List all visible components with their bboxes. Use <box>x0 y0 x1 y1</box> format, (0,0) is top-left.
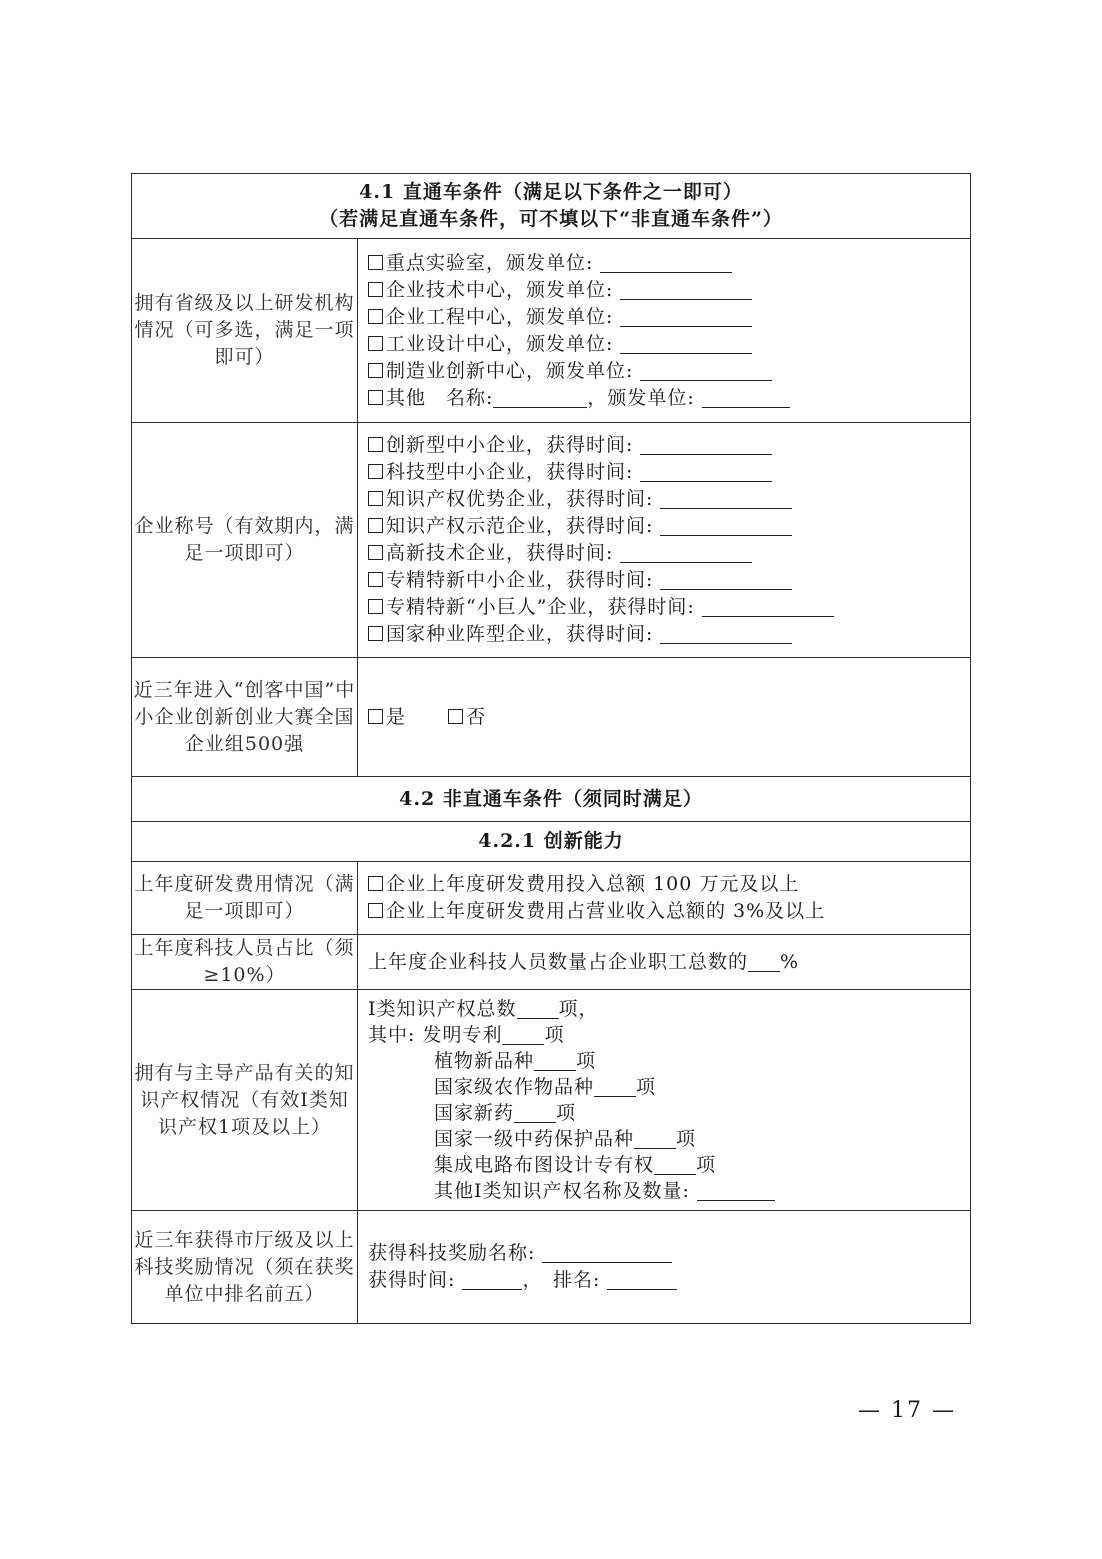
issuer-field[interactable] <box>620 279 752 300</box>
count-field[interactable] <box>502 1024 544 1045</box>
section-421-title: 4.2.1 创新能力 <box>132 822 971 862</box>
ip-item: 植物新品种项 <box>368 1048 970 1074</box>
option-innovation-center: 制造业创新中心，颁发单位: <box>368 358 970 385</box>
contest-row: 近三年进入“创客中国”中小企业创新创业大赛全国企业组500强 是 否 <box>132 658 971 777</box>
tech-staff-row: 上年度科技人员占比（须≥10%） 上年度企业科技人员数量占企业职工总数的% <box>132 935 971 990</box>
checkbox[interactable] <box>368 572 383 587</box>
ip-item: 国家新药项 <box>368 1100 970 1126</box>
staff-percent-field[interactable] <box>748 951 780 972</box>
title-option: 创新型中小企业，获得时间: <box>368 432 970 459</box>
date-field[interactable] <box>660 569 792 590</box>
date-field[interactable] <box>660 623 792 644</box>
contest-options: 是 否 <box>358 658 971 777</box>
rd-institutions-row: 拥有省级及以上研发机构情况（可多选，满足一项即可） 重点实验室，颁发单位: 企业… <box>132 239 971 423</box>
section-41-header: 4.1 直通车条件（满足以下条件之一即可） （若满足直通车条件，可不填以下“非直… <box>132 174 971 239</box>
yes-label: 是 <box>386 706 406 728</box>
date-field[interactable] <box>660 515 792 536</box>
checkbox[interactable] <box>368 255 383 270</box>
rd-expense-label: 上年度研发费用情况（满足一项即可） <box>132 862 358 935</box>
option-key-lab: 重点实验室，颁发单位: <box>368 250 970 277</box>
contest-label: 近三年进入“创客中国”中小企业创新创业大赛全国企业组500强 <box>132 658 358 777</box>
award-time-field[interactable] <box>462 1269 522 1290</box>
checkbox[interactable] <box>368 491 383 506</box>
checkbox[interactable] <box>368 599 383 614</box>
checkbox[interactable] <box>368 626 383 641</box>
title-option: 知识产权示范企业，获得时间: <box>368 513 970 540</box>
awards-content: 获得科技奖励名称: 获得时间: ， 排名: <box>358 1211 971 1324</box>
enterprise-titles-row: 企业称号（有效期内，满足一项即可） 创新型中小企业，获得时间: 科技型中小企业，… <box>132 423 971 658</box>
option-engineering-center: 企业工程中心，颁发单位: <box>368 304 970 331</box>
title-option: 专精特新“小巨人”企业，获得时间: <box>368 594 970 621</box>
date-field[interactable] <box>660 488 792 509</box>
award-name-field[interactable] <box>542 1242 672 1263</box>
section-42-header-row: 4.2 非直通车条件（须同时满足） <box>132 777 971 822</box>
checkbox[interactable] <box>368 390 383 405</box>
date-field[interactable] <box>640 461 772 482</box>
title-option: 国家种业阵型企业，获得时间: <box>368 621 970 648</box>
count-field[interactable] <box>594 1076 636 1097</box>
count-field[interactable] <box>514 1102 556 1123</box>
expense-option: 企业上年度研发费用占营业收入总额的 3%及以上 <box>368 898 970 925</box>
checkbox[interactable] <box>368 363 383 378</box>
section-41-subtitle: （若满足直通车条件，可不填以下“非直通车条件”） <box>132 206 970 233</box>
checkbox[interactable] <box>368 309 383 324</box>
ip-row: 拥有与主导产品有关的知识产权情况（有效Ⅰ类知识产权1项及以上） Ⅰ类知识产权总数… <box>132 990 971 1211</box>
date-field[interactable] <box>620 542 752 563</box>
ip-content: Ⅰ类知识产权总数项， 其中: 发明专利项 植物新品种项 国家级农作物品种项 国家… <box>358 990 971 1211</box>
checkbox[interactable] <box>368 903 383 918</box>
ip-item: 国家一级中药保护品种项 <box>368 1126 970 1152</box>
count-field[interactable] <box>634 1128 676 1149</box>
checkbox[interactable] <box>368 437 383 452</box>
issuer-field[interactable] <box>600 252 732 273</box>
expense-option: 企业上年度研发费用投入总额 100 万元及以上 <box>368 871 970 898</box>
checkbox-no[interactable] <box>448 709 463 724</box>
document-page: 4.1 直通车条件（满足以下条件之一即可） （若满足直通车条件，可不填以下“非直… <box>0 0 1102 1559</box>
tech-staff-label: 上年度科技人员占比（须≥10%） <box>132 935 358 990</box>
enterprise-titles-options: 创新型中小企业，获得时间: 科技型中小企业，获得时间: 知识产权优势企业，获得时… <box>358 423 971 658</box>
section-421-header-row: 4.2.1 创新能力 <box>132 822 971 862</box>
awards-row: 近三年获得市厅级及以上科技奖励情况（须在获奖单位中排名前五） 获得科技奖励名称:… <box>132 1211 971 1324</box>
award-rank-field[interactable] <box>607 1269 677 1290</box>
count-field[interactable] <box>654 1154 696 1175</box>
title-option: 科技型中小企业，获得时间: <box>368 459 970 486</box>
ip-total: Ⅰ类知识产权总数项， <box>368 996 970 1022</box>
checkbox[interactable] <box>368 336 383 351</box>
issuer-field[interactable] <box>620 306 752 327</box>
rd-institutions-options: 重点实验室，颁发单位: 企业技术中心，颁发单位: 企业工程中心，颁发单位: 工业… <box>358 239 971 423</box>
checkbox[interactable] <box>368 518 383 533</box>
checkbox[interactable] <box>368 545 383 560</box>
checkbox[interactable] <box>368 282 383 297</box>
date-field[interactable] <box>702 596 834 617</box>
checkbox[interactable] <box>368 876 383 891</box>
section-41-header-row: 4.1 直通车条件（满足以下条件之一即可） （若满足直通车条件，可不填以下“非直… <box>132 174 971 239</box>
title-option: 高新技术企业，获得时间: <box>368 540 970 567</box>
other-name-field[interactable] <box>493 387 587 408</box>
title-option: 知识产权优势企业，获得时间: <box>368 486 970 513</box>
checkbox[interactable] <box>368 464 383 479</box>
ip-item: 国家级农作物品种项 <box>368 1074 970 1100</box>
ip-label: 拥有与主导产品有关的知识产权情况（有效Ⅰ类知识产权1项及以上） <box>132 990 358 1211</box>
issuer-field[interactable] <box>702 387 790 408</box>
issuer-field[interactable] <box>640 360 772 381</box>
ip-total-field[interactable] <box>517 998 559 1019</box>
ip-item: 集成电路布图设计专有权项 <box>368 1152 970 1178</box>
tech-staff-content: 上年度企业科技人员数量占企业职工总数的% <box>358 935 971 990</box>
enterprise-titles-label: 企业称号（有效期内，满足一项即可） <box>132 423 358 658</box>
application-form-table: 4.1 直通车条件（满足以下条件之一即可） （若满足直通车条件，可不填以下“非直… <box>131 173 971 1324</box>
date-field[interactable] <box>640 434 772 455</box>
awards-label: 近三年获得市厅级及以上科技奖励情况（须在获奖单位中排名前五） <box>132 1211 358 1324</box>
rd-institutions-label: 拥有省级及以上研发机构情况（可多选，满足一项即可） <box>132 239 358 423</box>
option-design-center: 工业设计中心，颁发单位: <box>368 331 970 358</box>
title-option: 专精特新中小企业，获得时间: <box>368 567 970 594</box>
section-42-title: 4.2 非直通车条件（须同时满足） <box>132 777 971 822</box>
award-time-rank: 获得时间: ， 排名: <box>368 1267 970 1294</box>
ip-item: 其中: 发明专利项 <box>368 1022 970 1048</box>
issuer-field[interactable] <box>620 333 752 354</box>
page-number: — 17 — <box>858 1398 956 1423</box>
option-other: 其他 名称:，颁发单位: <box>368 385 970 412</box>
section-41-title: 4.1 直通车条件（满足以下条件之一即可） <box>132 179 970 206</box>
count-field[interactable] <box>534 1050 576 1071</box>
rd-expense-options: 企业上年度研发费用投入总额 100 万元及以上 企业上年度研发费用占营业收入总额… <box>358 862 971 935</box>
option-tech-center: 企业技术中心，颁发单位: <box>368 277 970 304</box>
award-name: 获得科技奖励名称: <box>368 1240 970 1267</box>
rd-expense-row: 上年度研发费用情况（满足一项即可） 企业上年度研发费用投入总额 100 万元及以… <box>132 862 971 935</box>
ip-other: 其他Ⅰ类知识产权名称及数量: <box>368 1178 970 1204</box>
no-label: 否 <box>466 706 486 728</box>
checkbox-yes[interactable] <box>368 709 383 724</box>
other-ip-field[interactable] <box>697 1180 775 1201</box>
